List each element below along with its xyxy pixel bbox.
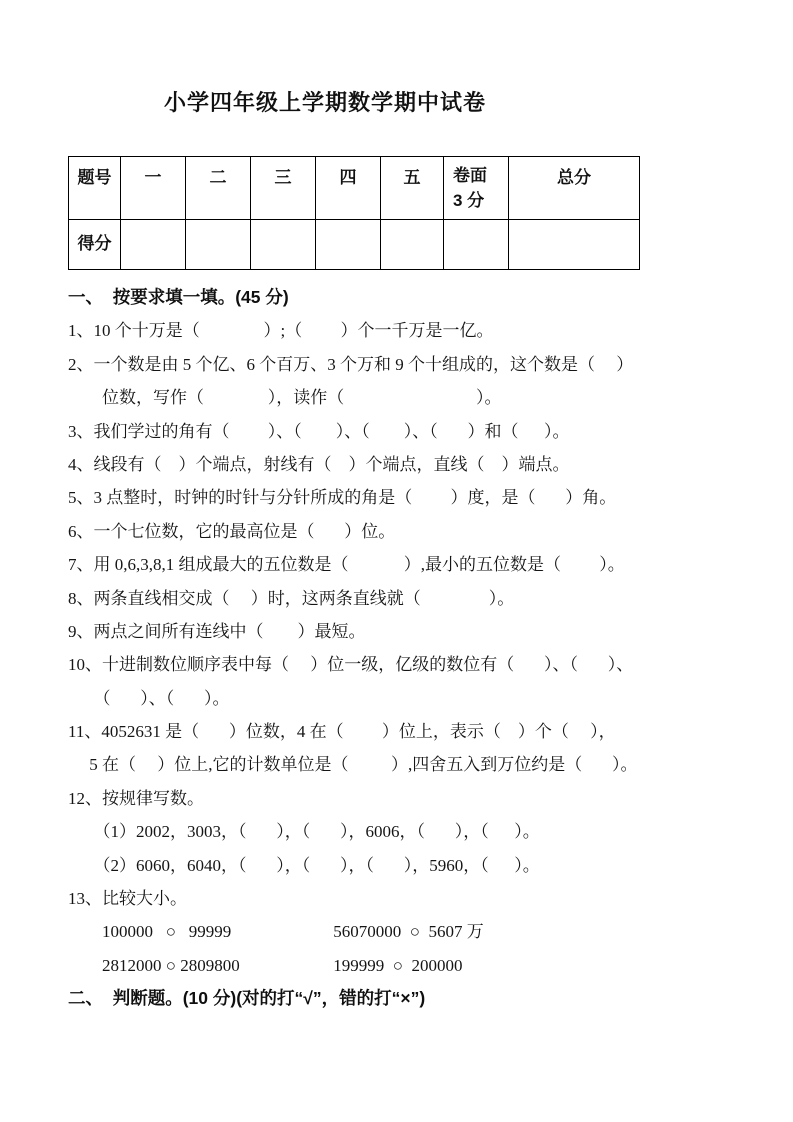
- question-11-line2: 5 在（ ）位上,它的计数单位是（ ）,四舍五入到万位约是（ ）。: [68, 748, 778, 781]
- score-table-header-row: 题号 一 二 三 四 五 卷面 3 分 总分: [69, 157, 640, 220]
- column-三: 三: [251, 157, 316, 220]
- question-10-line1: 10、十进制数位顺序表中每（ ）位一级，亿级的数位有（ ）、（ ）、: [68, 648, 778, 681]
- question-12-intro: 12、按规律写数。: [68, 782, 778, 815]
- question-1: 1、10 个十万是（ ）;（ ）个一千万是一亿。: [68, 314, 778, 347]
- question-10-line2: （ ）、（ ）。: [68, 682, 778, 715]
- exam-paper-page: 小学四年级上学期数学期中试卷 题号 一 二 三 四 五 卷面 3 分 总分 得分: [0, 0, 793, 1122]
- score-cell-paper: [444, 220, 509, 270]
- question-3: 3、我们学过的角有（ ）、（ ）、（ ）、（ ）和（ ）。: [68, 415, 778, 448]
- question-4: 4、线段有（ ）个端点，射线有（ ）个端点，直线（ ）端点。: [68, 448, 778, 481]
- page-title: 小学四年级上学期数学期中试卷: [0, 86, 650, 117]
- section2-heading: 二、 判断题。(10 分)(对的打“√”，错的打“×”): [68, 982, 778, 1015]
- column-二: 二: [186, 157, 251, 220]
- question-12-series2: （2）6060，6040，（ ），（ ），（ ），5960，（ ）。: [68, 849, 778, 882]
- paper-neatness-cell: 卷面 3 分: [444, 157, 509, 220]
- question-8: 8、两条直线相交成（ ）时，这两条直线就（ ）。: [68, 582, 778, 615]
- paper-neatness-line2: 3 分: [444, 188, 508, 213]
- question-13-compare-row2: 2812000 ○ 2809800 199999 ○ 200000: [68, 949, 778, 982]
- score-table-score-row: 得分: [69, 220, 640, 270]
- question-6: 6、一个七位数，它的最高位是（ ）位。: [68, 515, 778, 548]
- total-score-label: 总分: [509, 157, 640, 220]
- question-13-compare-row1: 100000 ○ 99999 56070000 ○ 5607 万: [68, 915, 778, 948]
- question-12-series1: （1）2002，3003，（ ），（ ），6006，（ ），（ ）。: [68, 815, 778, 848]
- column-四: 四: [316, 157, 381, 220]
- score-table: 题号 一 二 三 四 五 卷面 3 分 总分 得分: [68, 156, 640, 270]
- question-number-label: 题号: [69, 157, 121, 220]
- score-cell-二: [186, 220, 251, 270]
- score-cell-一: [121, 220, 186, 270]
- column-一: 一: [121, 157, 186, 220]
- score-label: 得分: [69, 220, 121, 270]
- question-9: 9、两点之间所有连线中（ ）最短。: [68, 615, 778, 648]
- question-5: 5、3 点整时，时钟的时针与分针所成的角是（ ）度，是（ ）角。: [68, 481, 778, 514]
- question-2-line1: 2、一个数是由 5 个亿、6 个百万、3 个万和 9 个十组成的，这个数是（ ）: [68, 348, 778, 381]
- section1-heading: 一、 按要求填一填。(45 分): [68, 281, 778, 314]
- question-11-line1: 11、4052631 是（ ）位数，4 在（ ）位上，表示（ ）个（ ），: [68, 715, 778, 748]
- score-cell-三: [251, 220, 316, 270]
- score-cell-total: [509, 220, 640, 270]
- paper-neatness-line1: 卷面: [444, 163, 508, 188]
- exam-body: 一、 按要求填一填。(45 分) 1、10 个十万是（ ）;（ ）个一千万是一亿…: [68, 281, 778, 1016]
- column-五: 五: [381, 157, 444, 220]
- question-13-intro: 13、比较大小。: [68, 882, 778, 915]
- score-cell-五: [381, 220, 444, 270]
- score-cell-四: [316, 220, 381, 270]
- question-7: 7、用 0,6,3,8,1 组成最大的五位数是（ ）,最小的五位数是（ ）。: [68, 548, 778, 581]
- question-2-line2: 位数，写作（ ），读作（ ）。: [68, 381, 778, 414]
